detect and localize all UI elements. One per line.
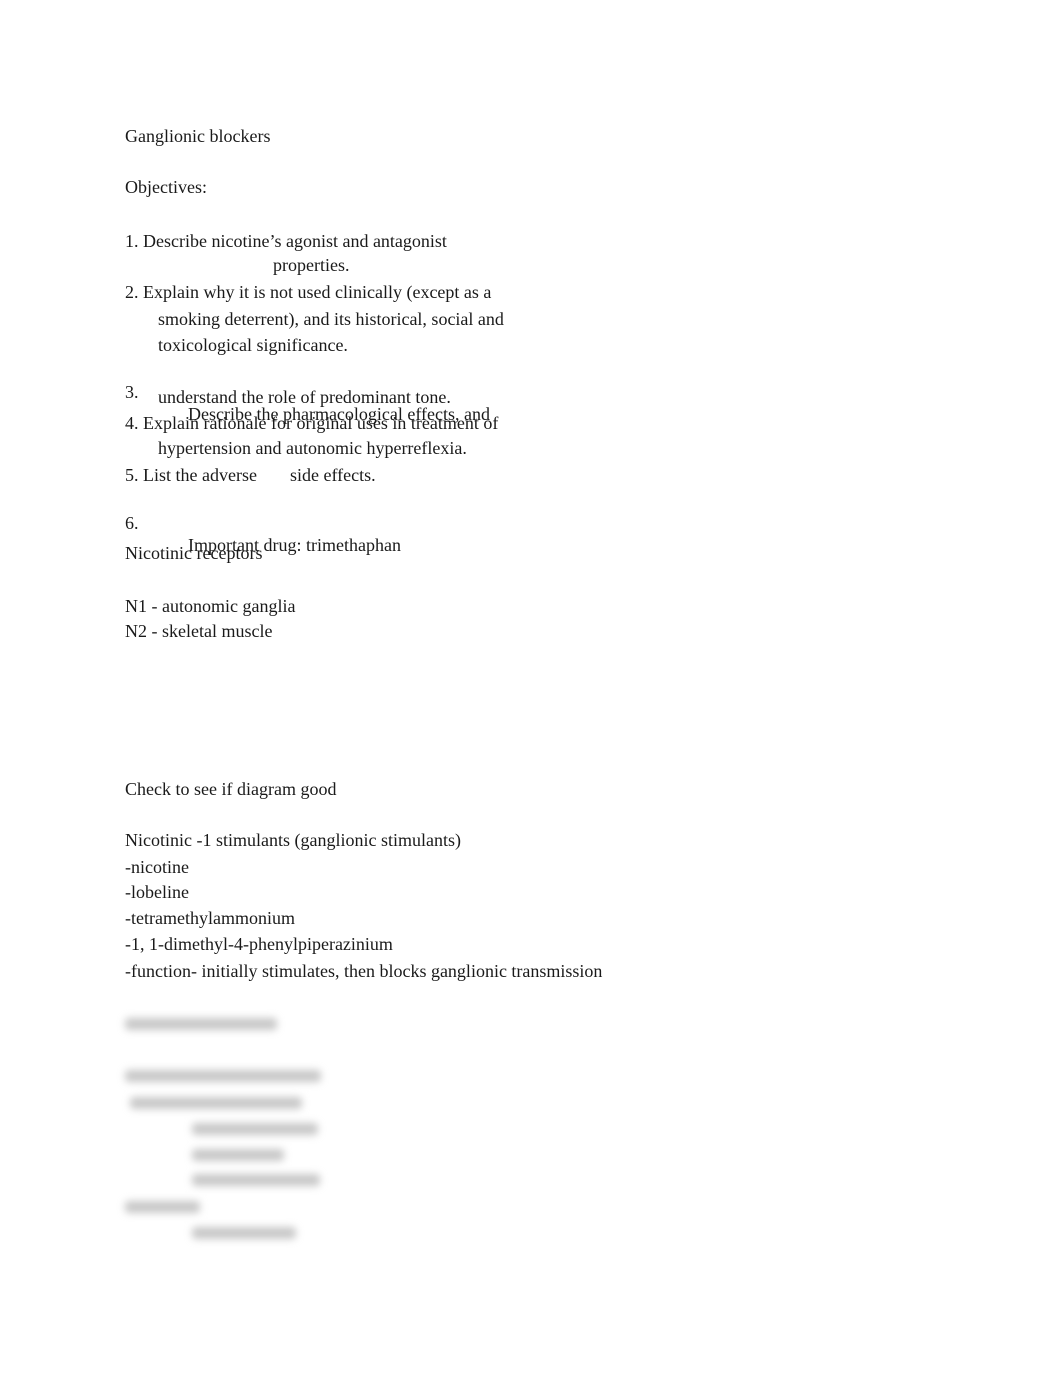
- blurred-line: [130, 1097, 302, 1109]
- blurred-line: [192, 1174, 320, 1186]
- objective-number: 4.: [125, 413, 139, 433]
- objective-6: 6. Important drug: trimethaphan: [125, 490, 825, 578]
- objective-2: 2. Explain why it is not used clinically…: [125, 281, 491, 303]
- document-title: Ganglionic blockers: [125, 125, 270, 147]
- receptors-heading: Nicotinic receptors: [125, 542, 262, 564]
- objective-text: Explain why it is not used clinically (e…: [143, 282, 491, 302]
- objective-4: 4. Explain rationale for original uses i…: [125, 412, 498, 434]
- stimulant-item: -nicotine: [125, 856, 189, 878]
- blurred-line: [125, 1018, 277, 1030]
- objective-2-cont: toxicological significance.: [158, 334, 348, 356]
- blurred-line: [192, 1149, 284, 1161]
- objective-number: 2.: [125, 282, 139, 302]
- objective-number: 1.: [125, 231, 139, 251]
- stimulant-item: -tetramethylammonium: [125, 907, 295, 929]
- objective-text: Explain rationale for original uses in t…: [143, 413, 498, 433]
- objective-number: 3.: [125, 381, 139, 403]
- objectives-heading: Objectives:: [125, 176, 207, 198]
- blurred-line: [192, 1227, 296, 1239]
- objective-5: 5. List the adverseside effects.: [125, 464, 376, 486]
- stimulants-heading: Nicotinic -1 stimulants (ganglionic stim…: [125, 829, 461, 851]
- receptor-item: N2 - skeletal muscle: [125, 620, 272, 642]
- blurred-line: [192, 1123, 318, 1135]
- objective-number: 5.: [125, 465, 139, 485]
- blurred-line: [125, 1201, 200, 1213]
- stimulant-item: -lobeline: [125, 881, 189, 903]
- objective-3-cont: understand the role of predominant tone.: [158, 386, 451, 408]
- receptor-item: N1 - autonomic ganglia: [125, 595, 295, 617]
- objective-2-cont: smoking deterrent), and its historical, …: [158, 308, 504, 330]
- objective-1-cont: properties.: [273, 254, 349, 276]
- objective-text: Describe nicotine’s agonist and antagoni…: [143, 231, 447, 251]
- stimulant-item: -1, 1-dimethyl-4-phenylpiperazinium: [125, 933, 393, 955]
- stimulant-item: -function- initially stimulates, then bl…: [125, 960, 602, 982]
- objective-text: side effects.: [290, 465, 376, 485]
- objective-text: List the adverse: [143, 465, 257, 485]
- diagram-note: Check to see if diagram good: [125, 778, 336, 800]
- objective-4-cont: hypertension and autonomic hyperreflexia…: [158, 437, 467, 459]
- objective-1: 1. Describe nicotine’s agonist and antag…: [125, 230, 447, 252]
- blurred-line: [125, 1070, 321, 1082]
- objective-number: 6.: [125, 512, 139, 534]
